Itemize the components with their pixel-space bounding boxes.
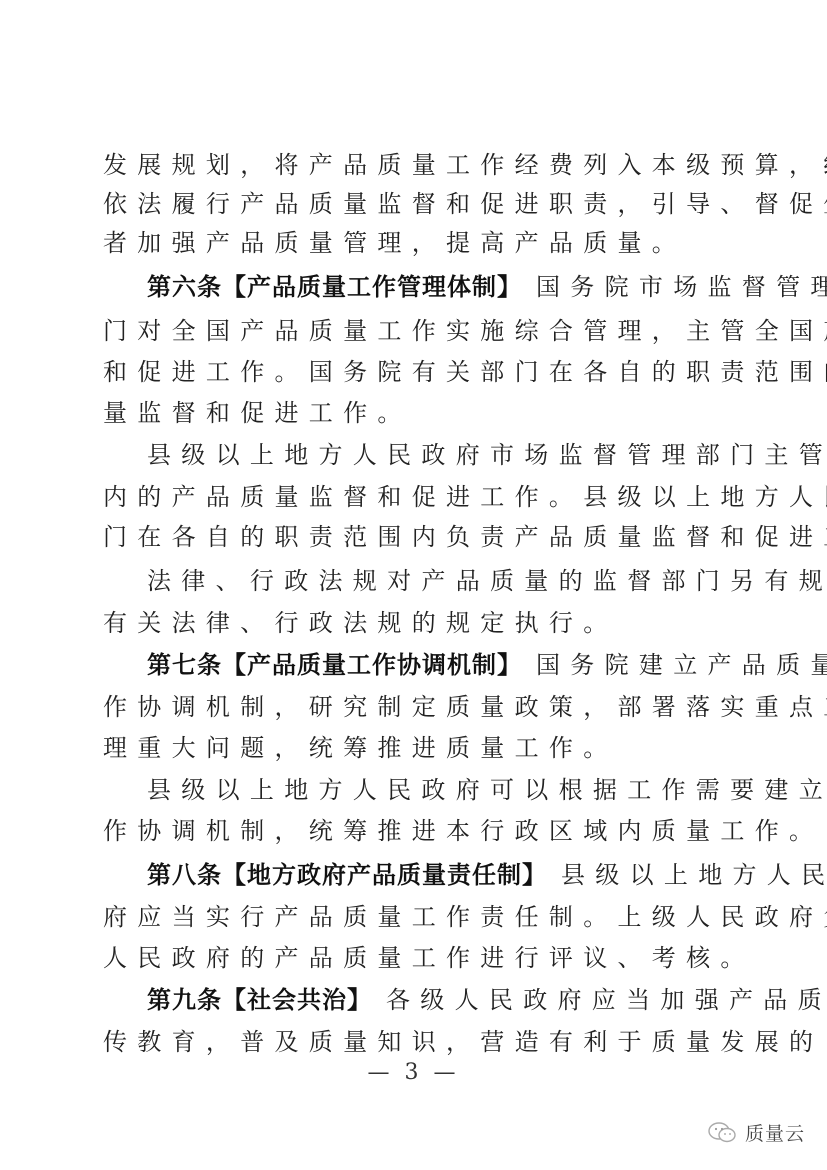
article-6-heading-line: 第六条【产品质量工作管理体制】国务院市场监督管理部 (147, 268, 763, 307)
text-line: 和促进工作。国务院有关部门在各自的职责范围内负责产品质 (103, 353, 763, 392)
text-line: 理重大问题，统筹推进质量工作。 (103, 729, 763, 768)
page-number: — 3 — (0, 1060, 827, 1085)
text-line: 县级以上地方人民政府可以根据工作需要建立产品质量工 (147, 771, 763, 810)
text-line: 作协调机制，研究制定质量政策，部署落实重点工作，协调处 (103, 688, 763, 727)
text-line: 法律、行政法规对产品质量的监督部门另有规定的，依照 (147, 562, 763, 601)
article-9-heading-line: 第九条【社会共治】各级人民政府应当加强产品质量的宣 (147, 981, 763, 1020)
document-page: 发展规划，将产品质量工作经费列入本级预算，组织有关部门 依法履行产品质量监督和促… (0, 0, 827, 1170)
article-7-title: 第七条【产品质量工作协调机制】 (147, 651, 522, 679)
text-line: 县级以上地方人民政府市场监督管理部门主管本行政区域 (147, 436, 763, 475)
article-8-title: 第八条【地方政府产品质量责任制】 (147, 861, 547, 889)
text-line: 门对全国产品质量工作实施综合管理，主管全国产品质量监督 (103, 312, 763, 351)
article-7-heading-line: 第七条【产品质量工作协调机制】国务院建立产品质量工 (147, 646, 763, 685)
text-line: 依法履行产品质量监督和促进职责，引导、督促生产者、销售 (103, 185, 763, 224)
article-6-title: 第六条【产品质量工作管理体制】 (147, 273, 522, 301)
text-line: 府应当实行产品质量工作责任制。上级人民政府负责对下一级 (103, 898, 763, 937)
article-8-heading-line: 第八条【地方政府产品质量责任制】县级以上地方人民政 (147, 856, 763, 895)
text-line: 量监督和促进工作。 (103, 394, 763, 433)
watermark-label: 质量云 (745, 1119, 805, 1146)
text-line: 发展规划，将产品质量工作经费列入本级预算，组织有关部门 (103, 146, 763, 185)
text-segment: 国务院市场监督管理部 (536, 273, 827, 301)
article-9-title: 第九条【社会共治】 (147, 986, 372, 1014)
watermark: 质量云 (707, 1119, 805, 1146)
text-line: 有关法律、行政法规的规定执行。 (103, 604, 763, 643)
text-line: 门在各自的职责范围内负责产品质量监督和促进工作。 (103, 518, 763, 557)
text-segment: 国务院建立产品质量工 (536, 651, 827, 679)
wechat-icon (707, 1121, 739, 1145)
text-line: 人民政府的产品质量工作进行评议、考核。 (103, 939, 763, 978)
text-segment: 县级以上地方人民政 (561, 861, 827, 889)
text-line: 者加强产品质量管理，提高产品质量。 (103, 224, 763, 263)
text-line: 内的产品质量监督和促进工作。县级以上地方人民政府有关部 (103, 478, 763, 517)
text-segment: 各级人民政府应当加强产品质量的宣 (386, 986, 827, 1014)
text-line: 作协调机制，统筹推进本行政区域内质量工作。 (103, 812, 763, 851)
text-line: 传教育，普及质量知识，营造有利于质量发展的良好氛围。 (103, 1023, 763, 1062)
